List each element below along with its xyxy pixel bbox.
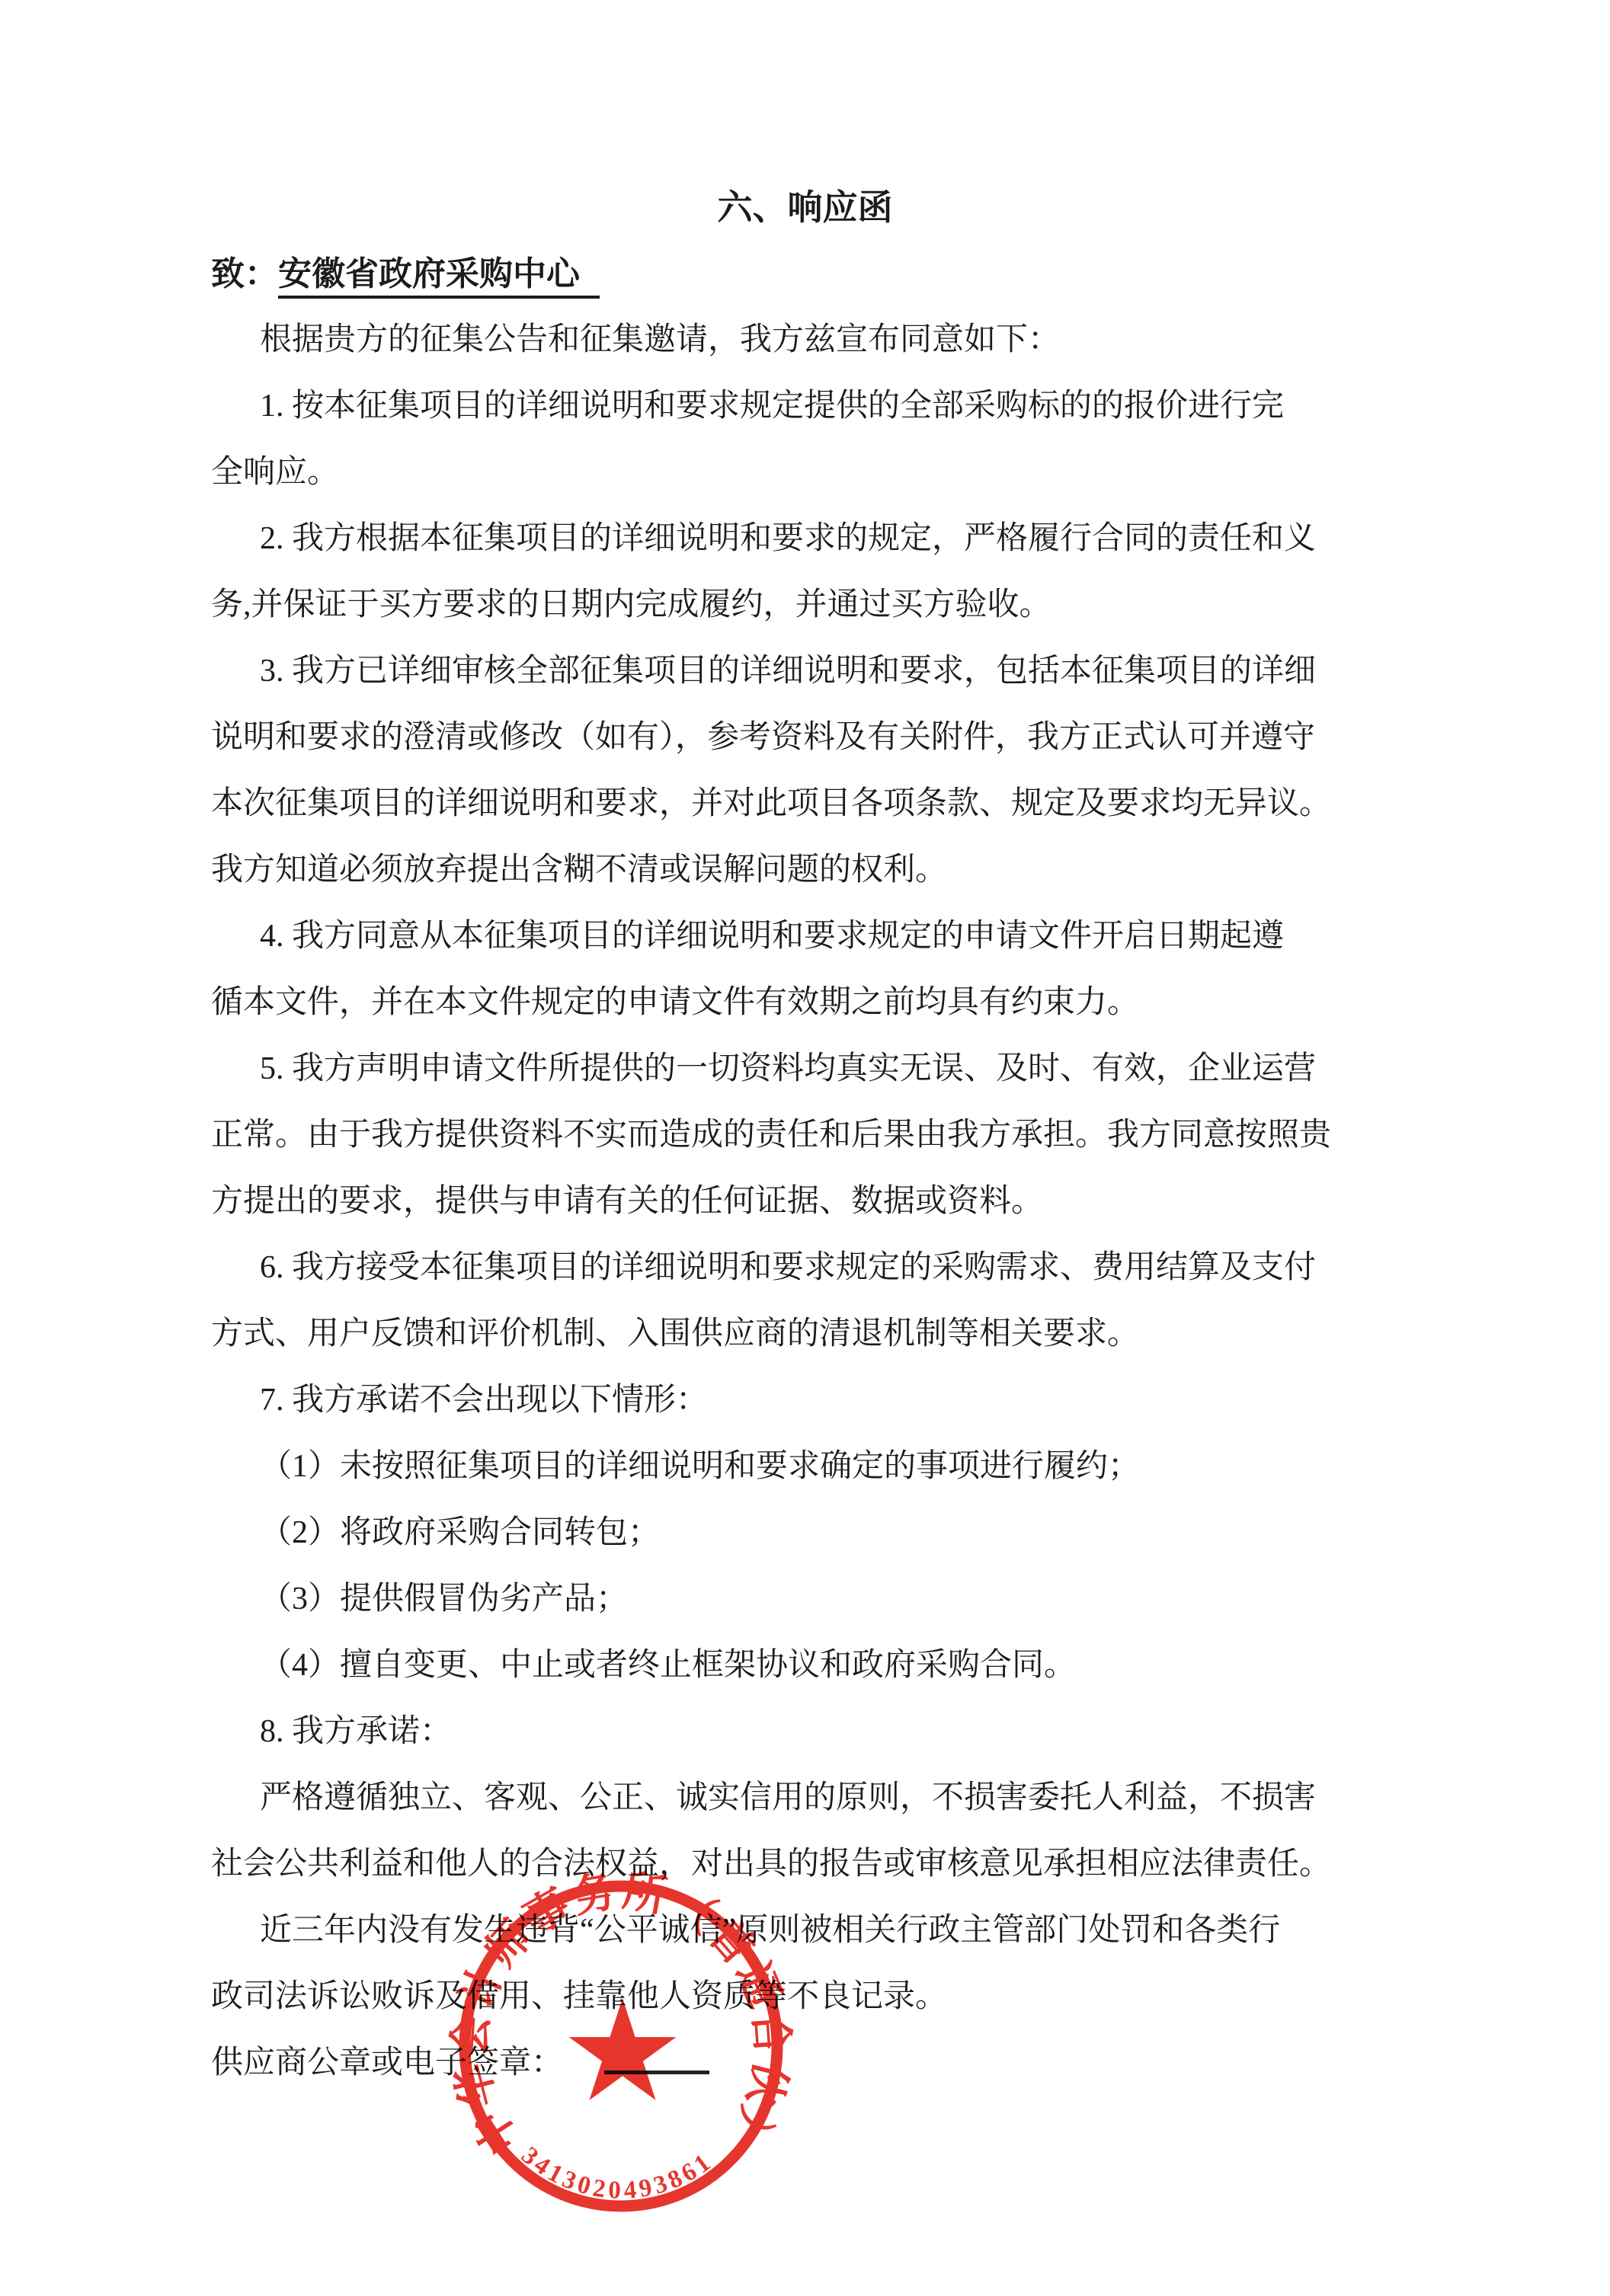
text-line: 7. 我方承诺不会出现以下情形： <box>211 1367 1326 1434</box>
text-line: 1. 按本征集项目的详细说明和要求规定提供的全部采购标的的报价进行完 <box>211 373 1326 440</box>
salutation: 致：安徽省政府采购中心 <box>211 241 1326 307</box>
text-line: 循本文件，并在本文件规定的申请文件有效期之前均具有约束力。 <box>211 970 1326 1036</box>
text-line: 社会公共利益和他人的合法权益，对出具的报告或审核意见承担相应法律责任。 <box>211 1831 1326 1898</box>
text-line: 近三年内没有发生违背“公平诚信”原则被相关行政主管部门处罚和各类行 <box>211 1898 1326 1964</box>
text-line: 5. 我方声明申请文件所提供的一切资料均真实无误、及时、有效，企业运营 <box>211 1036 1326 1102</box>
page: { "page": { "background": "#ffffff", "te… <box>0 0 1610 2296</box>
document-title: 六、响应函 <box>211 174 1326 241</box>
text-line: （3）提供假冒伪劣产品； <box>211 1566 1326 1632</box>
document-body: 六、响应函 致：安徽省政府采购中心 根据贵方的征集公告和征集邀请，我方兹宣布同意… <box>211 174 1326 2096</box>
text-line: 根据贵方的征集公告和征集邀请，我方兹宣布同意如下： <box>211 307 1326 373</box>
text-line: 2. 我方根据本征集项目的详细说明和要求的规定，严格履行合同的责任和义 <box>211 506 1326 572</box>
text-line: 严格遵循独立、客观、公正、诚实信用的原则，不损害委托人利益，不损害 <box>211 1765 1326 1831</box>
text-line: 务,并保证于买方要求的日期内完成履约，并通过买方验收。 <box>211 572 1326 638</box>
svg-text:3413020493861: 3413020493861 <box>516 2141 719 2204</box>
text-line: 正常。由于我方提供资料不实而造成的责任和后果由我方承担。我方同意按照贵 <box>211 1102 1326 1169</box>
text-line: 3. 我方已详细审核全部征集项目的详细说明和要求，包括本征集项目的详细 <box>211 638 1326 705</box>
text-line: 方提出的要求，提供与申请有关的任何证据、数据或资料。 <box>211 1169 1326 1235</box>
seal-code: 3413020493861 <box>516 2141 719 2204</box>
text-line: 4. 我方同意从本征集项目的详细说明和要求规定的申请文件开启日期起遵 <box>211 903 1326 970</box>
text-line: 本次征集项目的详细说明和要求，并对此项目各项条款、规定及要求均无异议。 <box>211 771 1326 837</box>
text-line: （2）将政府采购合同转包； <box>211 1500 1326 1566</box>
text-line: （4）擅自变更、中止或者终止框架协议和政府采购合同。 <box>211 1632 1326 1699</box>
text-line: 我方知道必须放弃提出含糊不清或误解问题的权利。 <box>211 837 1326 903</box>
text-line: 方式、用户反馈和评价机制、入围供应商的清退机制等相关要求。 <box>211 1301 1326 1367</box>
signature-label: 供应商公章或电子签章： <box>211 2045 563 2080</box>
text-line: （1）未按照征集项目的详细说明和要求确定的事项进行履约； <box>211 1434 1326 1500</box>
text-line: 说明和要求的澄清或修改（如有），参考资料及有关附件，我方正式认可并遵守 <box>211 705 1326 771</box>
signature-line <box>604 2071 709 2074</box>
text-line: 政司法诉讼败诉及借用、挂靠他人资质等不良记录。 <box>211 1964 1326 2030</box>
salutation-prefix: 致： <box>211 255 278 293</box>
signature-row: 供应商公章或电子签章： <box>211 2030 1326 2096</box>
text-line: 6. 我方接受本征集项目的详细说明和要求规定的采购需求、费用结算及支付 <box>211 1235 1326 1301</box>
recipient-name: 安徽省政府采购中心 <box>278 255 600 299</box>
text-line: 全响应。 <box>211 440 1326 506</box>
text-line: 8. 我方承诺： <box>211 1699 1326 1765</box>
